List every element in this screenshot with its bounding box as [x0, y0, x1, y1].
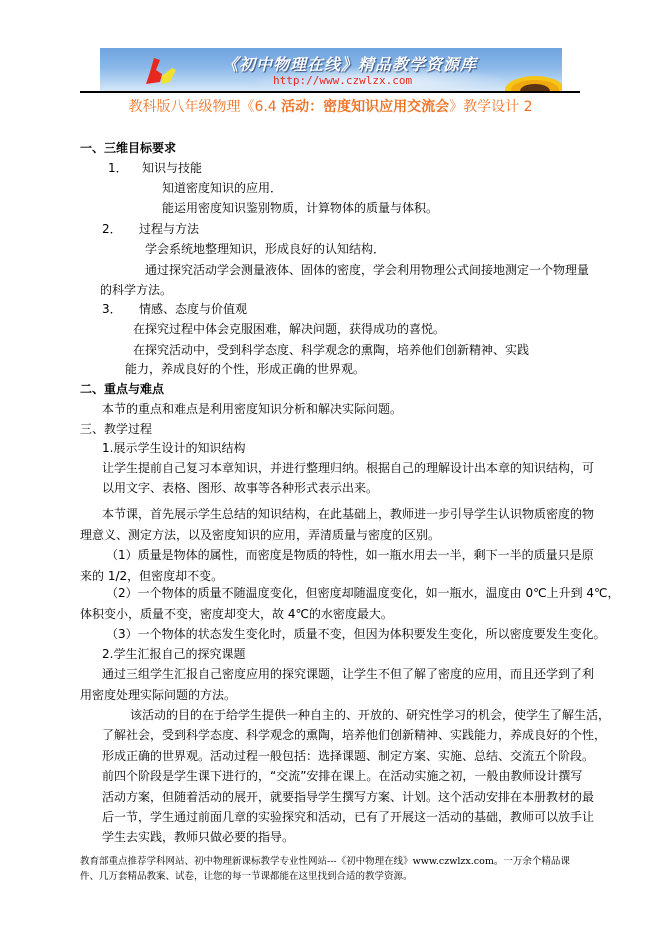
point-line: 体积变小，质量不变，密度却变大，故 4℃的水密度最大。	[80, 606, 393, 622]
paragraph-line: 学生去实践，教师只做必要的指导。	[102, 829, 294, 845]
paragraph-line: 在探究活动中，受到科学态度、科学观念的熏陶，培养他们创新精神、实践	[133, 342, 529, 358]
paragraph-line: 让学生提前自己复习本章知识，并进行整理归纳。根据自己的理解设计出本章的知识结构，…	[102, 460, 594, 476]
point-line: （2）一个物体的质量不随温度变化，但密度却随温度变化，如一瓶水，温度由 0℃上升…	[106, 585, 620, 601]
banner-url[interactable]: http://www.czwlzx.com	[273, 74, 412, 87]
section-heading-2: 二、重点与难点	[80, 381, 164, 397]
title-emphasis: 活动：密度知识应用交流会	[281, 99, 449, 115]
item-label-attitude: 情感、态度与价值观	[139, 301, 247, 317]
paragraph-line: 用密度处理实际问题的方法。	[80, 687, 236, 703]
paragraph-line: 学会系统地整理知识，形成良好的认知结构．	[145, 241, 385, 257]
paragraph-line: 能力，养成良好的个性，形成正确的世界观。	[125, 361, 365, 377]
paragraph-line: 了解社会，受到科学态度、科学观念的熏陶，培养他们创新精神、实践能力，养成良好的个…	[102, 727, 606, 743]
red-yellow-logo-icon	[140, 56, 180, 86]
paragraph-line: 知道密度知识的应用．	[162, 180, 282, 196]
footer-line: 教育部重点推荐学科网站、初中物理新课标教学专业性网站---《初中物理在线》www…	[80, 855, 570, 869]
sunflower-icon	[495, 66, 562, 91]
item-number-1: 1．	[108, 160, 128, 176]
subheading-2: 2.学生汇报自己的探究课题	[102, 646, 245, 662]
point-line: （1）质量是物体的属性，而密度是物质的特性，如一瓶水用去一半，剩下一半的质量只是…	[106, 547, 594, 563]
point-line: 来的 1/2，但密度却不变。	[80, 568, 223, 584]
section-heading-3: 三、教学过程	[80, 421, 152, 437]
title-prefix: 教科版八年级物理《6.4	[128, 99, 281, 115]
paragraph-line: 通过三组学生汇报自己密度应用的探究课题，让学生不但了解了密度的应用，而且还学到了…	[102, 666, 594, 682]
paragraph-line: 该活动的目的在于给学生提供一种自主的、开放的、研究性学习的机会，使学生了解生活，	[130, 707, 610, 723]
item-number-3: 3．	[102, 301, 122, 317]
section-heading-1: 一、三维目标要求	[80, 140, 176, 156]
item-label-knowledge: 知识与技能	[142, 160, 202, 176]
paragraph-line: 在探究过程中体会克服困难，解决问题，获得成功的喜悦。	[133, 321, 445, 337]
paragraph-line: 的科学方法。	[100, 282, 172, 298]
paragraph-line: 形成正确的世界观。活动过程一般包括：选择课题、制定方案、实施、总结、交流五个阶段…	[102, 748, 594, 764]
paragraph-line: 通过探究活动学会测量液体、固体的密度，学会利用物理公式间接地测定一个物理量	[145, 262, 589, 278]
point-line: （3）一个物体的状态发生变化时，质量不变，但因为体积要发生变化，所以密度要发生变…	[106, 626, 606, 642]
paragraph-line: 活动方案，但随着活动的展开，就要指导学生撰写方案、计划。这个活动安排在本册教材的…	[102, 789, 594, 805]
header-banner: 《初中物理在线》精品教学资源库 http://www.czwlzx.com	[100, 48, 562, 91]
paragraph-line: 前四个阶段是学生课下进行的，“交流”安排在课上。在活动实施之初，一般由教师设计撰…	[102, 768, 582, 784]
item-label-process: 过程与方法	[139, 221, 199, 237]
paragraph-line: 以用文字、表格、图形、故事等各种形式表示出来。	[102, 480, 378, 496]
paragraph-line: 后一节，学生通过前面几章的实验探究和活动，已有了开展这一活动的基础，教师可以放手…	[102, 809, 594, 825]
paragraph-line: 本节课，首先展示学生总结的知识结构，在此基础上，教师进一步引导学生认识物质密度的…	[102, 506, 594, 522]
paragraph-line: 本节的重点和难点是利用密度知识分析和解决实际问题。	[102, 401, 402, 417]
title-suffix: 》教学设计 2	[449, 99, 532, 115]
item-number-2: 2．	[102, 221, 122, 237]
banner-title: 《初中物理在线》精品教学资源库	[222, 52, 477, 75]
subheading-1: 1.展示学生设计的知识结构	[102, 440, 245, 456]
paragraph-line: 理意义、测定方法，以及密度知识的应用，弄清质量与密度的区别。	[80, 527, 440, 543]
footer-line: 件、几万套精品教案、试卷，让您的每一节课都能在这里找到合适的教学资源。	[80, 870, 413, 884]
document-title: 教科版八年级物理《6.4 活动：密度知识应用交流会》教学设计 2	[0, 96, 661, 116]
paragraph-line: 能运用密度知识鉴别物质，计算物体的质量与体积。	[162, 200, 438, 216]
header-divider	[80, 91, 580, 93]
